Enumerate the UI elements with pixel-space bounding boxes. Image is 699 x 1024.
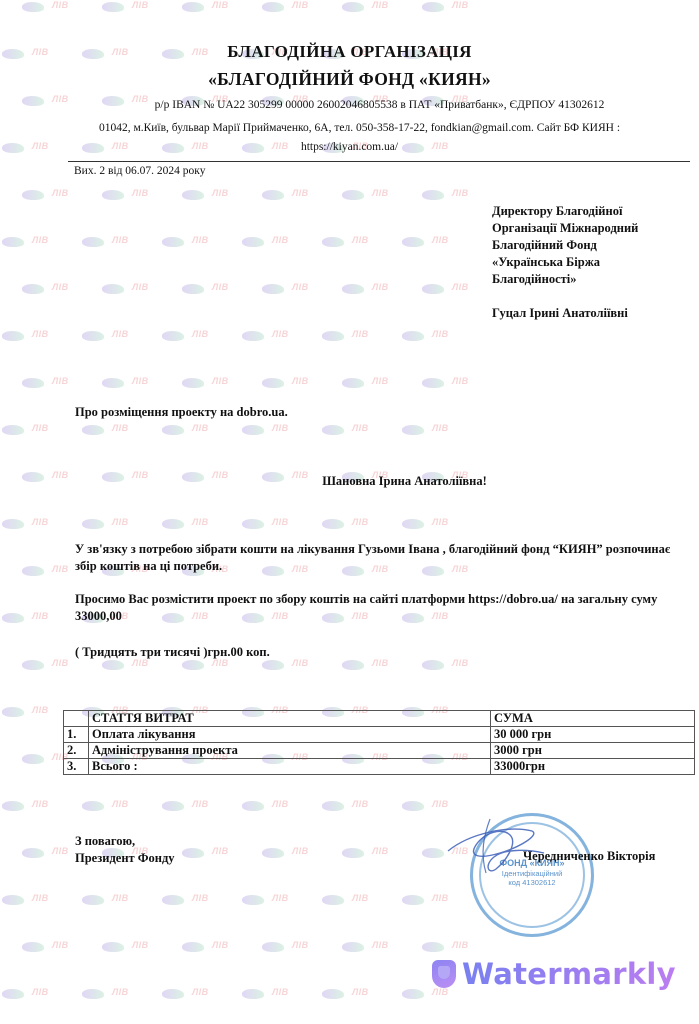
body-paragraph-1: У зв'язку з потребою зібрати кошти на лі… [75,541,685,575]
closing-block: З повагою, Президент Фонду [75,833,175,867]
address-line: 01042, м.Київ, бульвар Марії Приймаченко… [20,122,699,134]
table-row: 1. Оплата лікування 30 000 грн [64,727,695,743]
row-item: Всього : [89,759,491,775]
table-row: 3. Всього : 33000грн [64,759,695,775]
row-sum: 30 000 грн [491,727,695,743]
row-sum: 33000грн [491,759,695,775]
body-paragraph-2: Просимо Вас розмістити проект по збору к… [75,591,685,625]
recipient-line: Директору Благодійної [492,203,638,220]
recipient-line: Організації Міжнародний [492,220,638,237]
recipient-line: Благодійний Фонд [492,237,638,254]
table-row: 2. Адміністрування проекта 3000 грн [64,743,695,759]
letter-page: БЛАГОДІЙНА ОРГАНІЗАЦІЯ «БЛАГОДІЙНИЙ ФОНД… [0,0,699,1024]
row-item: Адміністрування проекта [89,743,491,759]
recipient-block: Директору Благодійної Організації Міжнар… [492,203,638,288]
recipient-line: «Українська Біржа [492,254,638,271]
bank-details: р/р IBAN № UA22 305299 00000 26002046805… [60,99,699,111]
foundation-name: «БЛАГОДІЙНИЙ ФОНД «КИЯН» [0,69,699,90]
table-header-row: СТАТТЯ ВИТРАТ СУМА [64,711,695,727]
row-item: Оплата лікування [89,727,491,743]
signature-icon [440,813,550,883]
row-num: 3. [64,759,89,775]
letter-subject: Про розміщення проекту на dobro.ua. [75,405,288,420]
header-sum: СУМА [491,711,695,727]
website-link: https://kiyan.com.ua/ [0,141,699,153]
outgoing-reference: Вих. 2 від 06.07. 2024 року [74,165,205,177]
costs-table: СТАТТЯ ВИТРАТ СУМА 1. Оплата лікування 3… [63,710,695,775]
recipient-line: Благодійності» [492,271,638,288]
organization-title: БЛАГОДІЙНА ОРГАНІЗАЦІЯ [0,42,699,62]
header-num [64,711,89,727]
header-item: СТАТТЯ ВИТРАТ [89,711,491,727]
row-num: 1. [64,727,89,743]
salutation: Шановна Ірина Анатоліївна! [0,474,699,489]
closing-regards: З повагою, [75,833,175,850]
signer-title: Президент Фонду [75,850,175,867]
watermarkly-overlay: Watermarkly [432,956,676,992]
header-divider [68,161,690,162]
row-sum: 3000 грн [491,743,695,759]
row-num: 2. [64,743,89,759]
signer-name: Чередниченко Вікторія [523,849,655,864]
body-paragraph-3: ( Тридцять три тисячі )грн.00 коп. [75,644,685,661]
watermarkly-text: Watermarkly [462,957,676,991]
recipient-name: Гуцал Ірині Анатоліївні [492,306,628,321]
shield-icon [432,960,456,988]
